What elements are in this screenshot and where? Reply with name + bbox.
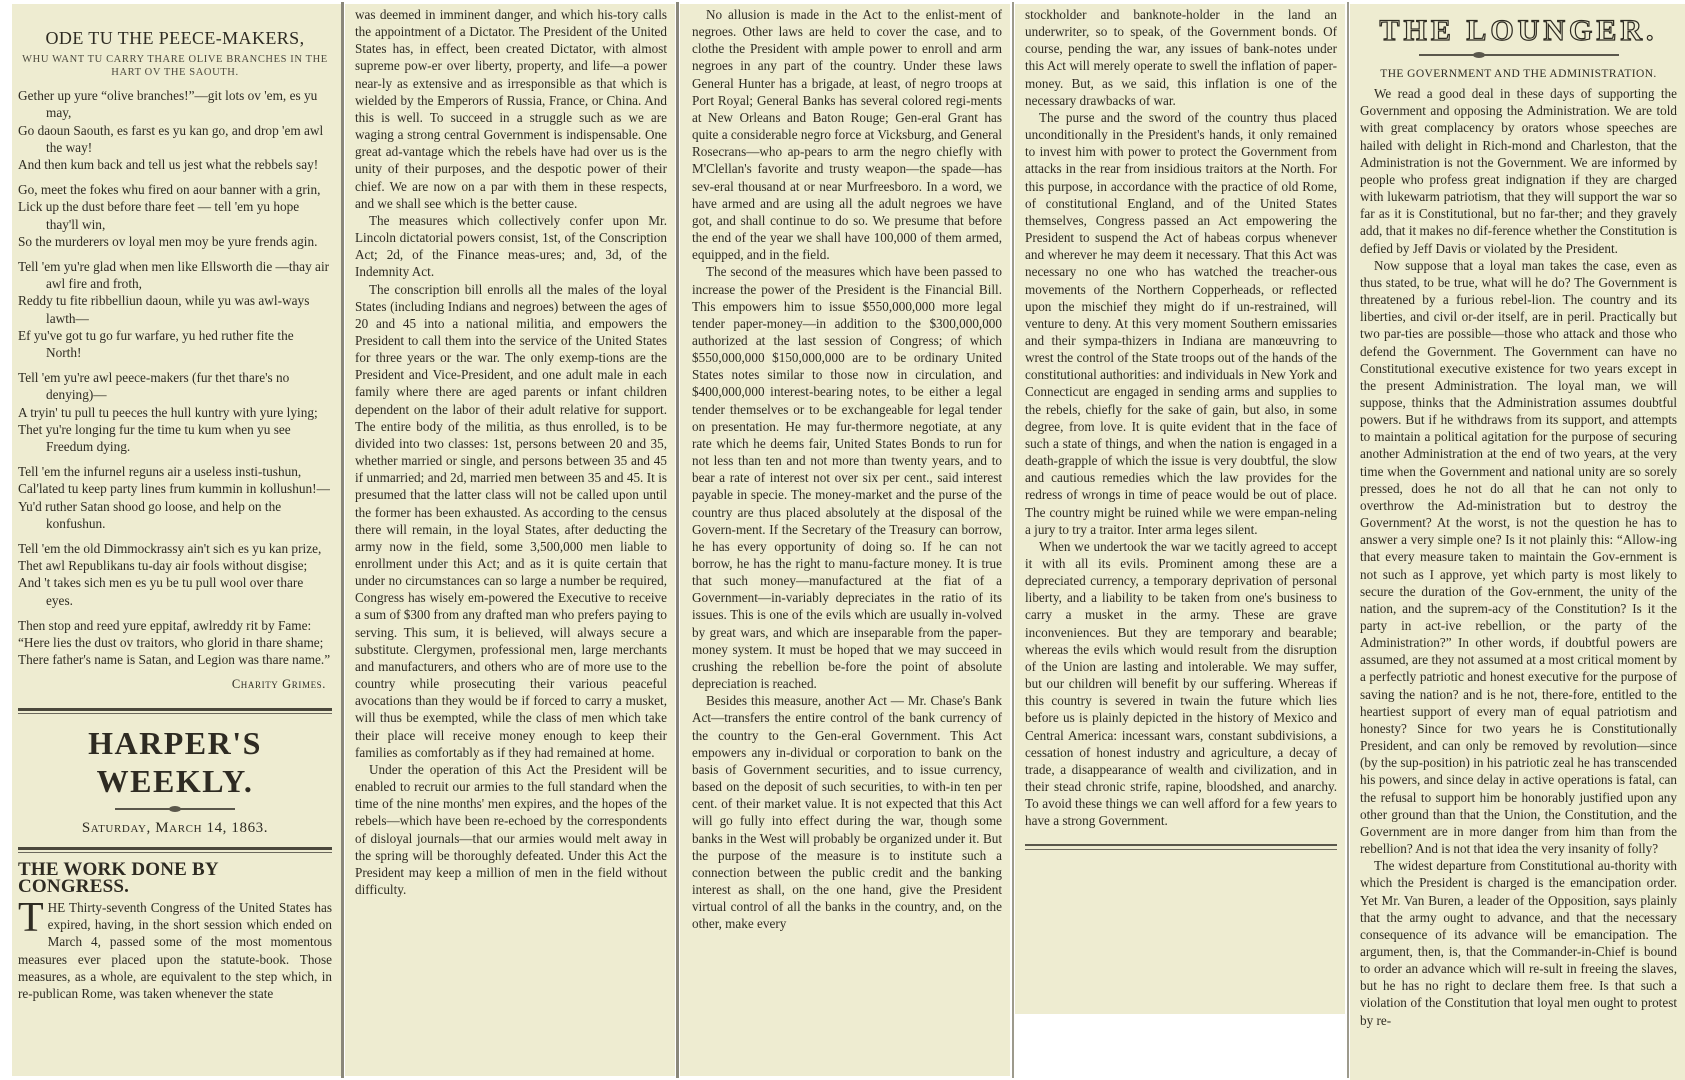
masthead-date: Saturday, March 14, 1863. — [18, 820, 332, 837]
paragraph: Under the operation of this Act the Pres… — [355, 761, 667, 898]
section-title: THE GOVERNMENT AND THE ADMINISTRATION. — [1360, 66, 1677, 83]
paragraph: When we undertook the war we tacitly agr… — [1025, 538, 1337, 830]
column-5: THE LOUNGER. THE GOVERNMENT AND THE ADMI… — [1350, 4, 1685, 1080]
poem-line: Reddy tu fite ribbelliun daoun, while yu… — [18, 292, 332, 326]
paragraph: Now suppose that a loyal man takes the c… — [1360, 257, 1677, 857]
poem-stanza: Go, meet the fokes whu fired on aour ban… — [18, 181, 332, 250]
poem-subtitle: WHU WANT TU CARRY THARE OLIVE BRANCHES I… — [18, 53, 332, 79]
poem-line: There father's name is Satan, and Legion… — [18, 651, 332, 668]
paragraph: We read a good deal in these days of sup… — [1360, 85, 1677, 257]
paragraph: No allusion is made in the Act to the en… — [692, 6, 1002, 263]
column-rule — [1347, 2, 1349, 1078]
poem-line: Tell 'em the infurnel reguns air a usele… — [18, 463, 332, 480]
poem-line: Ef yu've got tu go fur warfare, yu hed r… — [18, 327, 332, 361]
drop-cap: T — [18, 901, 44, 935]
poem-line: Yu'd ruther Satan shood go loose, and he… — [18, 498, 332, 532]
section-divider — [18, 847, 332, 853]
column-end-rule — [1025, 844, 1337, 850]
poem-stanza: Then stop and reed yure eppitaf, awlredd… — [18, 617, 332, 669]
column-rule — [341, 2, 344, 1078]
column-rule — [1012, 2, 1014, 1078]
ornamental-rule — [115, 808, 235, 810]
paragraph: was deemed in imminent danger, and which… — [355, 6, 667, 212]
paragraph: Besides this measure, another Act — Mr. … — [692, 692, 1002, 932]
poem-line: So the murderers ov loyal men moy be yur… — [18, 233, 332, 250]
poem-line: “Here lies the dust ov traitors, who glo… — [18, 634, 332, 651]
poem-stanza: Gether up yure “olive branches!”—git lot… — [18, 87, 332, 173]
article-opening-text: HE Thirty-seventh Congress of the United… — [18, 900, 332, 1001]
poem-line: Tell 'em the old Dimmockrassy ain't sich… — [18, 540, 332, 557]
poem-stanza: Tell 'em the old Dimmockrassy ain't sich… — [18, 540, 332, 609]
paragraph: The second of the measures which have be… — [692, 263, 1002, 692]
poem-stanzas: Gether up yure “olive branches!”—git lot… — [18, 87, 332, 668]
ornamental-rule — [1419, 54, 1619, 56]
newspaper-page: ODE TU THE PEECE-MAKERS, WHU WANT TU CAR… — [0, 0, 1685, 1080]
poem-stanza: Tell 'em yu're glad when men like Ellswo… — [18, 258, 332, 361]
article-title: THE WORK DONE BY CONGRESS. — [18, 861, 332, 895]
poem-line: Thet awl Republikans tu-day air fools wi… — [18, 557, 332, 574]
poem-line: Then stop and reed yure eppitaf, awlredd… — [18, 617, 332, 634]
poem-line: And 't takes sich men es yu be tu pull w… — [18, 574, 332, 608]
poem-stanza: Tell 'em yu're awl peece-makers (fur the… — [18, 369, 332, 455]
column-1: ODE TU THE PEECE-MAKERS, WHU WANT TU CAR… — [12, 4, 342, 1076]
paragraph: The measures which collectively confer u… — [355, 212, 667, 281]
article-opening: THE Thirty-seventh Congress of the Unite… — [18, 899, 332, 1002]
poem-line: Lick up the dust before thare feet — tel… — [18, 198, 332, 232]
poem-line: Tell 'em yu're awl peece-makers (fur the… — [18, 369, 332, 403]
paragraph: stockholder and banknote-holder in the l… — [1025, 6, 1337, 109]
poem-stanza: Tell 'em the infurnel reguns air a usele… — [18, 463, 332, 532]
masthead-title: HARPER'S WEEKLY. — [18, 724, 332, 800]
poem-signature: Charity Grimes. — [18, 676, 326, 693]
section-divider — [18, 708, 332, 714]
poem-line: Go daoun Saouth, es farst es yu kan go, … — [18, 122, 332, 156]
poem-line: Thet yu're longing fur the time tu kum w… — [18, 421, 332, 455]
column-rule — [676, 2, 679, 1078]
poem-line: Tell 'em yu're glad when men like Ellswo… — [18, 258, 332, 292]
column-3: No allusion is made in the Act to the en… — [680, 4, 1010, 1076]
column-2: was deemed in imminent danger, and which… — [345, 4, 675, 1076]
poem-line: And then kum back and tell us jest what … — [18, 156, 332, 173]
paragraph: The widest departure from Constitutional… — [1360, 857, 1677, 1029]
poem-title: ODE TU THE PEECE-MAKERS, — [18, 30, 332, 47]
lounger-header: THE LOUNGER. — [1360, 14, 1677, 48]
column-4: stockholder and banknote-holder in the l… — [1015, 4, 1345, 1014]
poem-line: Go, meet the fokes whu fired on aour ban… — [18, 181, 332, 198]
poem-line: A tryin' tu pull tu peeces the hull kunt… — [18, 404, 332, 421]
paragraph: The purse and the sword of the country t… — [1025, 109, 1337, 538]
poem-line: Gether up yure “olive branches!”—git lot… — [18, 87, 332, 121]
paragraph: The conscription bill enrolls all the ma… — [355, 281, 667, 761]
poem-line: Cal'lated tu keep party lines frum kummi… — [18, 480, 332, 497]
